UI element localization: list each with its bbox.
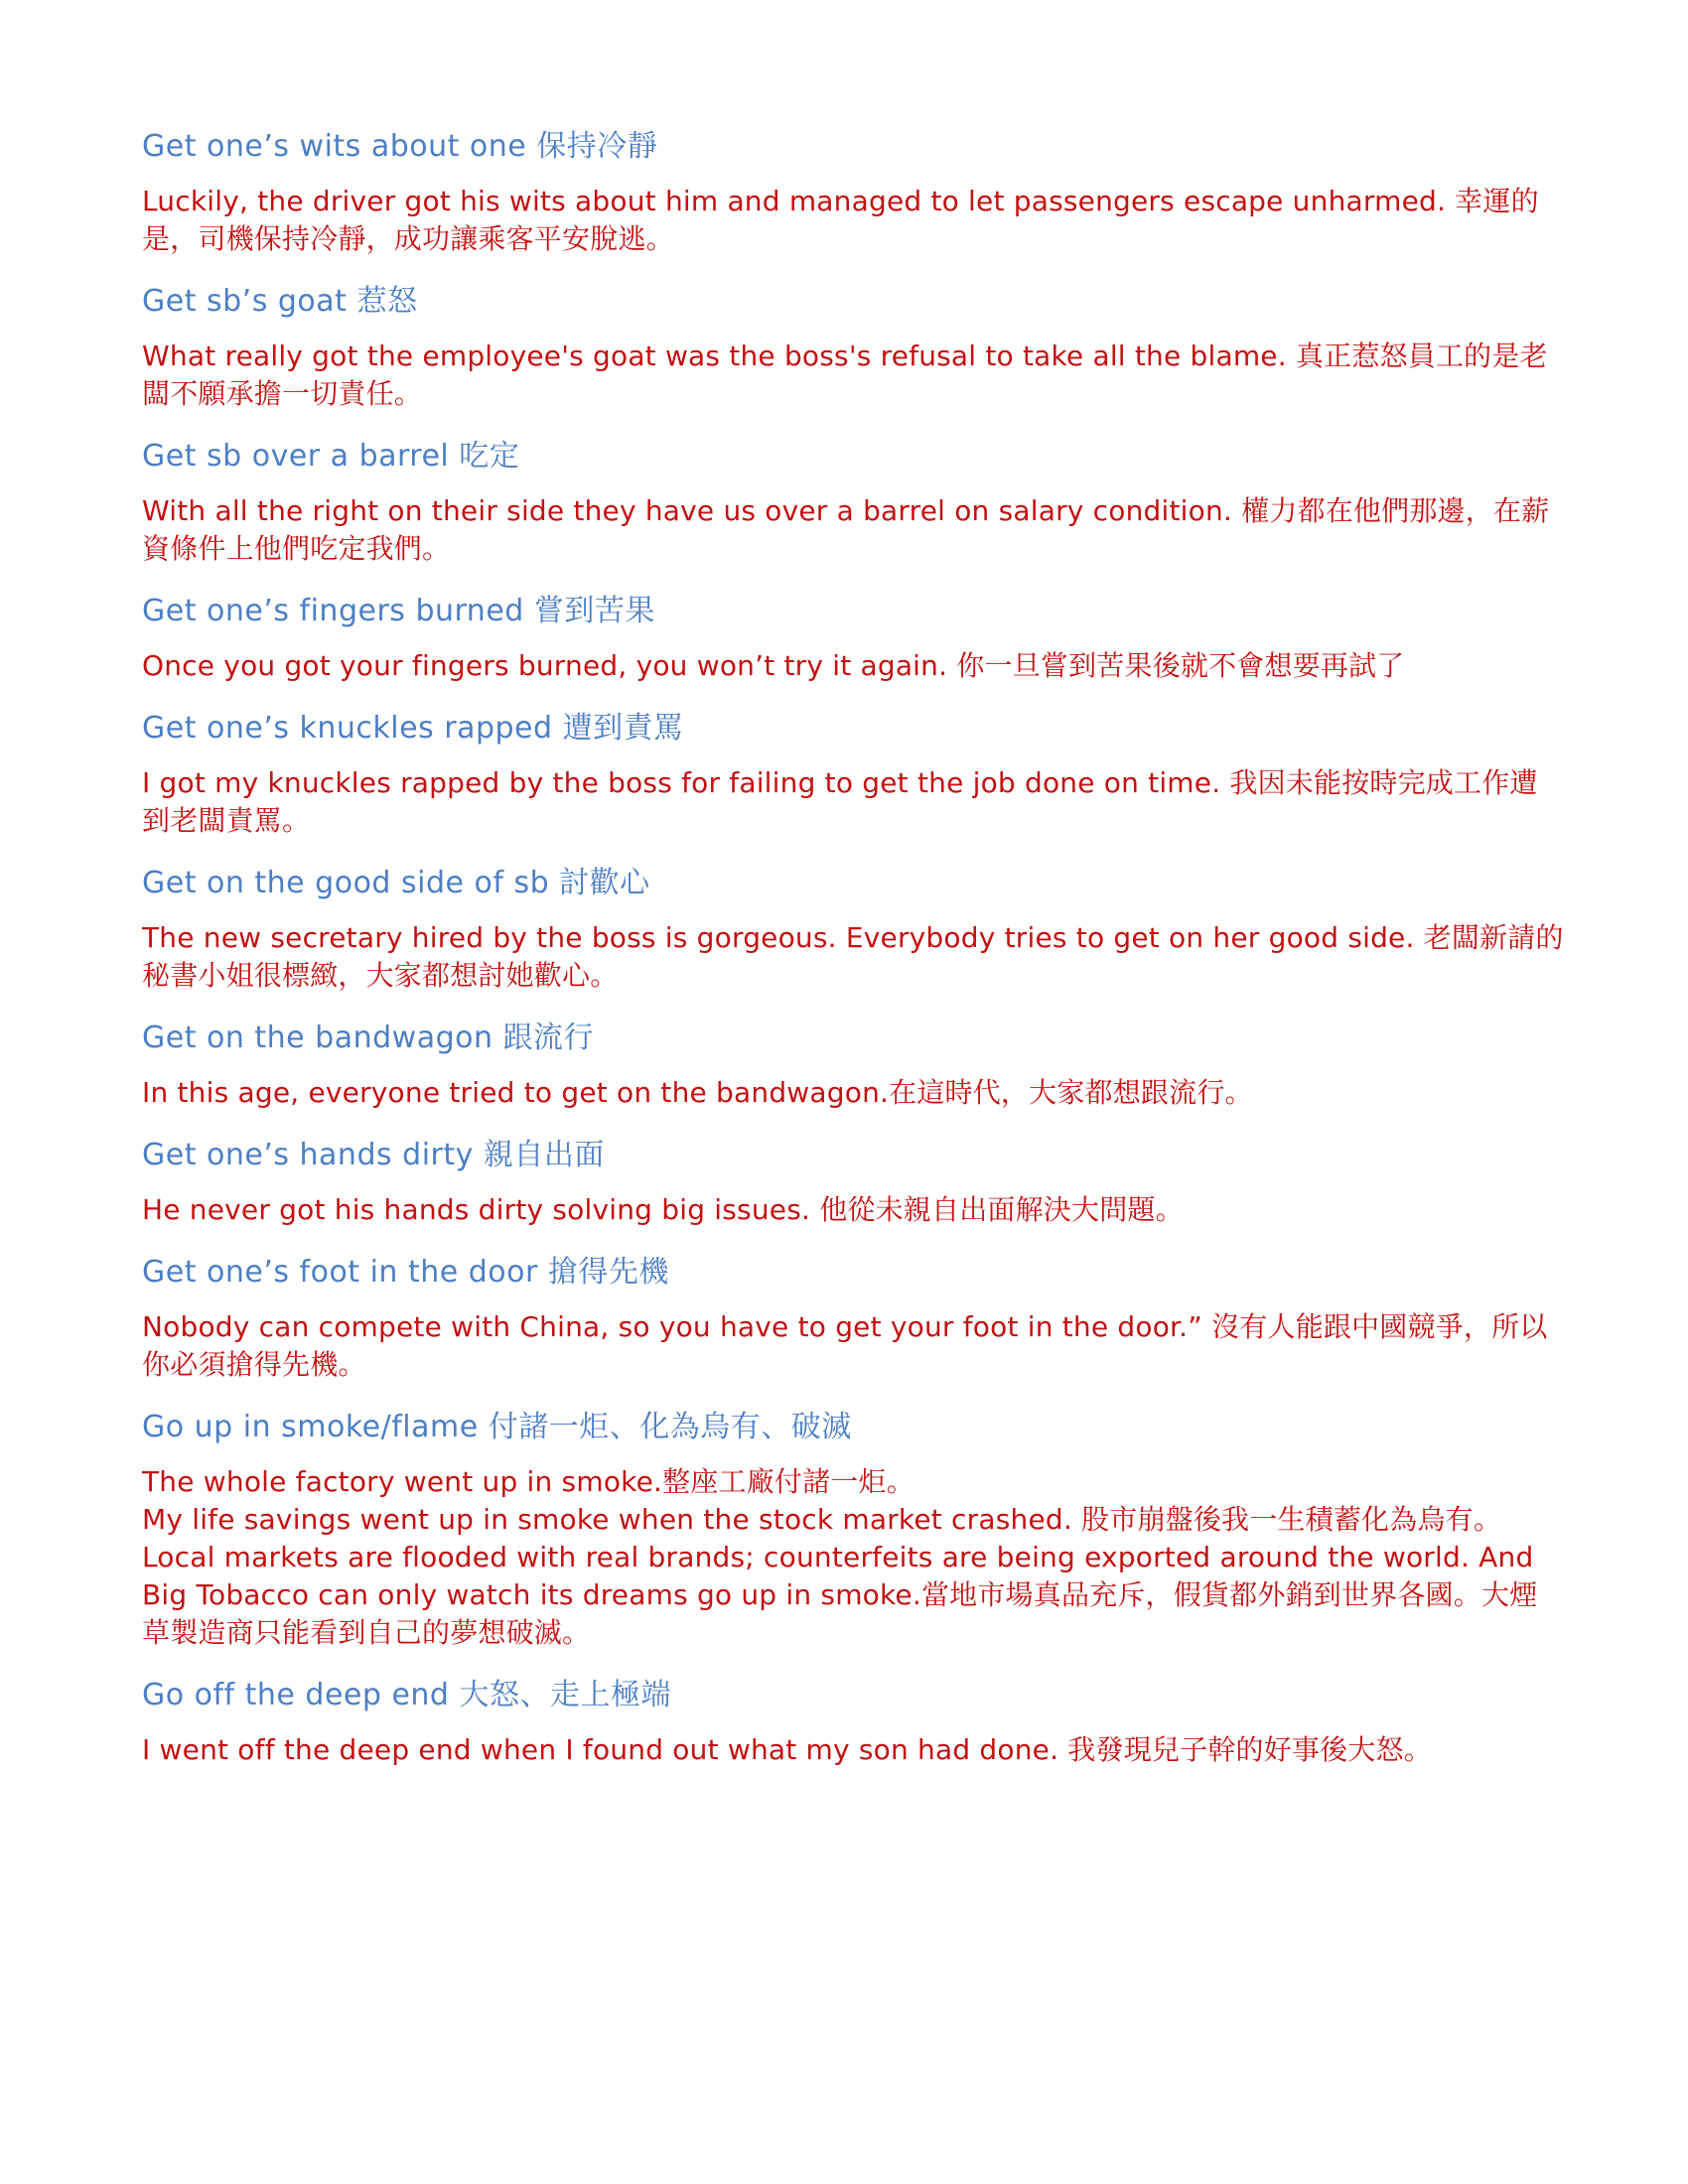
idiom-heading: Get sb over a barrel 吃定 [142,437,1564,477]
example-block: Once you got your fingers burned, you wo… [142,647,1564,685]
idiom-entry: Get one’s knuckles rapped 遭到責罵 I got my … [142,709,1564,840]
idiom-heading: Get one’s wits about one 保持冷靜 [142,127,1564,167]
example-block: The new secretary hired by the boss is g… [142,919,1564,995]
example-line: I got my knuckles rapped by the boss for… [142,764,1564,840]
document-page: { "page": { "background_color": "#ffffff… [0,0,1688,2184]
idiom-entry: Get one’s hands dirty 親自出面 He never got … [142,1136,1564,1229]
idiom-entry: Get one’s fingers burned 嘗到苦果 Once you g… [142,592,1564,685]
idiom-entry: Go off the deep end 大怒、走上極端 I went off t… [142,1676,1564,1769]
example-line: Nobody can compete with China, so you ha… [142,1308,1564,1384]
example-line: Luckily, the driver got his wits about h… [142,183,1564,258]
example-block: He never got his hands dirty solving big… [142,1191,1564,1229]
example-block: Luckily, the driver got his wits about h… [142,183,1564,258]
example-line: My life savings went up in smoke when th… [142,1501,1564,1539]
idiom-heading: Get on the good side of sb 討歡心 [142,864,1564,903]
example-line: With all the right on their side they ha… [142,492,1564,568]
example-line: What really got the employee's goat was … [142,338,1564,413]
example-block: In this age, everyone tried to get on th… [142,1074,1564,1112]
example-block: The whole factory went up in smoke.整座工廠付… [142,1463,1564,1652]
idiom-heading: Get on the bandwagon 跟流行 [142,1019,1564,1058]
example-block: What really got the employee's goat was … [142,338,1564,413]
idiom-heading: Go off the deep end 大怒、走上極端 [142,1676,1564,1715]
example-line: In this age, everyone tried to get on th… [142,1074,1564,1112]
idiom-heading: Get one’s hands dirty 親自出面 [142,1136,1564,1175]
example-block: With all the right on their side they ha… [142,492,1564,568]
idiom-list: Get one’s wits about one 保持冷靜 Luckily, t… [142,127,1564,1779]
idiom-entry: Get sb’s goat 惹怒 What really got the emp… [142,282,1564,413]
example-line: I went off the deep end when I found out… [142,1731,1564,1769]
idiom-heading: Get sb’s goat 惹怒 [142,282,1564,322]
example-block: I got my knuckles rapped by the boss for… [142,764,1564,840]
idiom-entry: Get on the good side of sb 討歡心 The new s… [142,864,1564,995]
idiom-heading: Get one’s foot in the door 搶得先機 [142,1253,1564,1293]
example-line: Local markets are flooded with real bran… [142,1539,1564,1652]
example-line: Once you got your fingers burned, you wo… [142,647,1564,685]
idiom-heading: Get one’s fingers burned 嘗到苦果 [142,592,1564,631]
idiom-entry: Get one’s wits about one 保持冷靜 Luckily, t… [142,127,1564,258]
idiom-heading: Go up in smoke/flame 付諸一炬、化為烏有、破滅 [142,1408,1564,1447]
example-line: The whole factory went up in smoke.整座工廠付… [142,1463,1564,1501]
idiom-entry: Get sb over a barrel 吃定 With all the rig… [142,437,1564,568]
example-line: He never got his hands dirty solving big… [142,1191,1564,1229]
example-block: I went off the deep end when I found out… [142,1731,1564,1769]
idiom-entry: Get one’s foot in the door 搶得先機 Nobody c… [142,1253,1564,1384]
example-line: The new secretary hired by the boss is g… [142,919,1564,995]
idiom-heading: Get one’s knuckles rapped 遭到責罵 [142,709,1564,749]
idiom-entry: Go up in smoke/flame 付諸一炬、化為烏有、破滅 The wh… [142,1408,1564,1652]
example-block: Nobody can compete with China, so you ha… [142,1308,1564,1384]
idiom-entry: Get on the bandwagon 跟流行 In this age, ev… [142,1019,1564,1112]
